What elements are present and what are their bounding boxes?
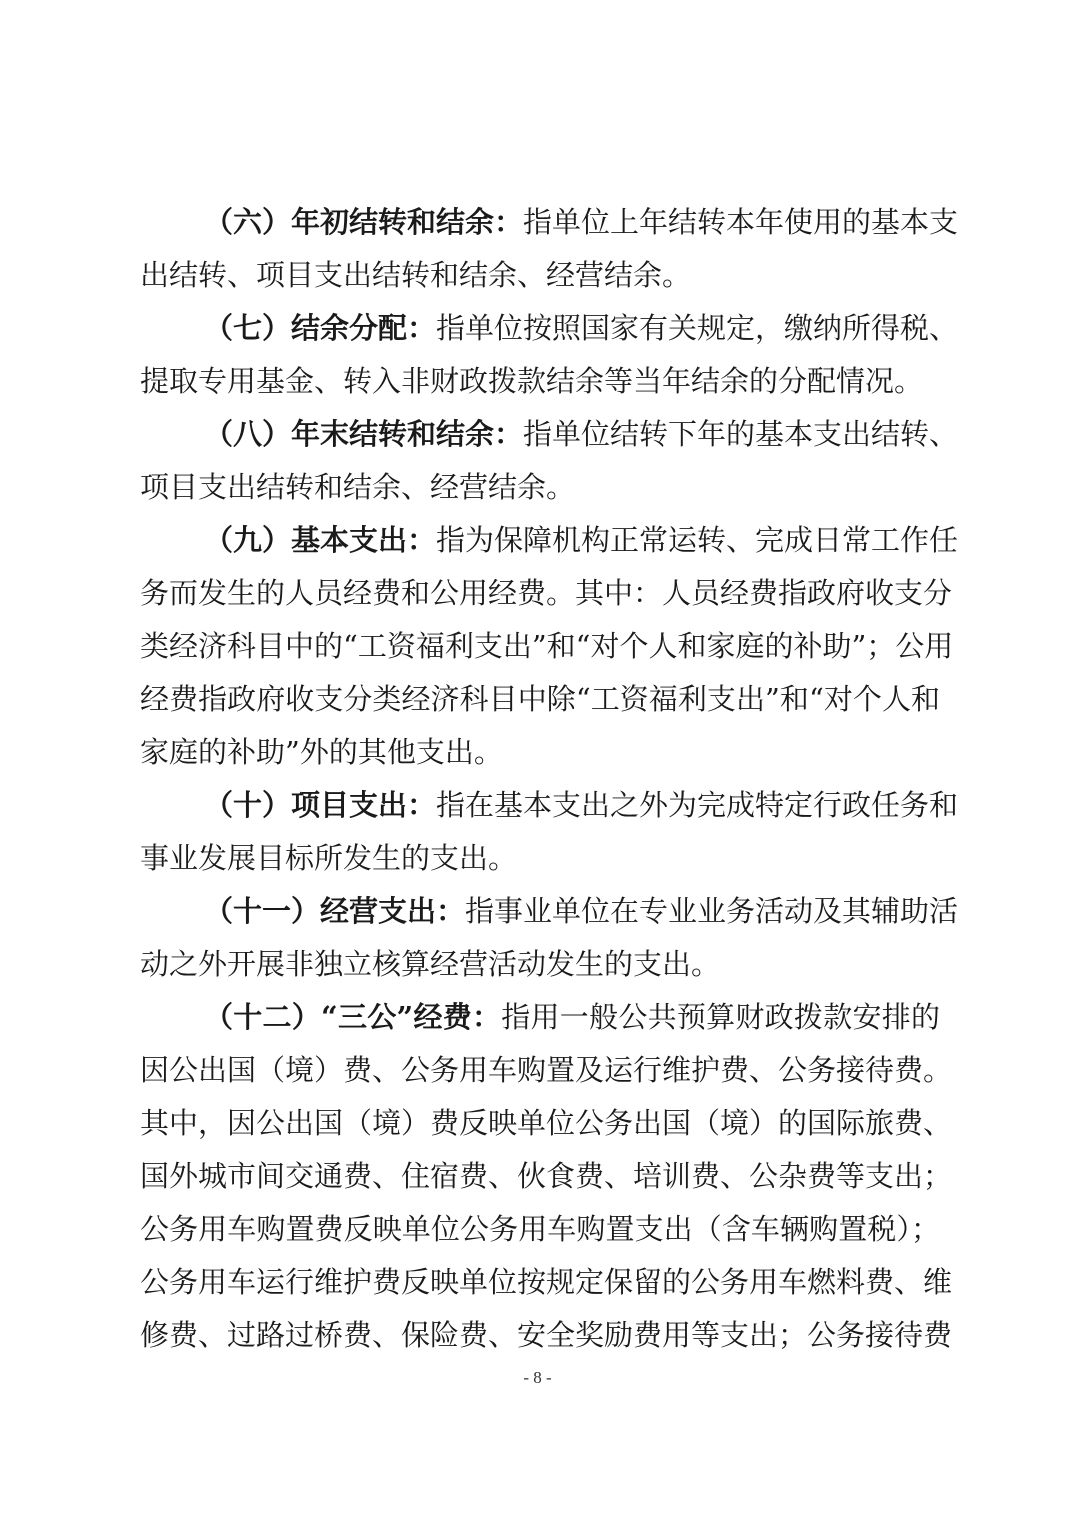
document-body: （六）年初结转和结余：指单位上年结转本年使用的基本支 出结转、项目支出结转和结余… xyxy=(140,196,940,1362)
term-10: （十）项目支出： xyxy=(204,788,436,822)
paragraph-8-line-2: 项目支出结转和结余、经营结余。 xyxy=(140,461,940,514)
paragraph-12-line-1: （十二）“三公”经费：指用一般公共预算财政拨款安排的 xyxy=(140,991,940,1044)
paragraph-9-line-5: 家庭的补助”外的其他支出。 xyxy=(140,726,940,779)
paragraph-7-line-1: （七）结余分配：指单位按照国家有关规定，缴纳所得税、 xyxy=(140,302,940,355)
paragraph-10-line-1: （十）项目支出：指在基本支出之外为完成特定行政任务和 xyxy=(140,779,940,832)
paragraph-12-line-4: 国外城市间交通费、住宿费、伙食费、培训费、公杂费等支出； xyxy=(140,1150,940,1203)
paragraph-11-line-1: （十一）经营支出：指事业单位在专业业务活动及其辅助活 xyxy=(140,885,940,938)
term-7: （七）结余分配： xyxy=(204,311,436,345)
paragraph-12-line-2: 因公出国（境）费、公务用车购置及运行维护费、公务接待费。 xyxy=(140,1044,940,1097)
paragraph-9-line-3: 类经济科目中的“工资福利支出”和“对个人和家庭的补助”；公用 xyxy=(140,620,940,673)
paragraph-12-line-6: 公务用车运行维护费反映单位按规定保留的公务用车燃料费、维 xyxy=(140,1256,940,1309)
term-6: （六）年初结转和结余： xyxy=(204,205,523,239)
term-11: （十一）经营支出： xyxy=(204,894,465,928)
paragraph-12-line-7: 修费、过路过桥费、保险费、安全奖励费用等支出；公务接待费 xyxy=(140,1309,940,1362)
paragraph-9-line-4: 经费指政府收支分类经济科目中除“工资福利支出”和“对个人和 xyxy=(140,673,940,726)
paragraph-12-line-3: 其中，因公出国（境）费反映单位公务出国（境）的国际旅费、 xyxy=(140,1097,940,1150)
paragraph-9-line-2: 务而发生的人员经费和公用经费。其中：人员经费指政府收支分 xyxy=(140,567,940,620)
paragraph-6-line-1: （六）年初结转和结余：指单位上年结转本年使用的基本支 xyxy=(140,196,940,249)
term-9: （九）基本支出： xyxy=(204,523,436,557)
term-12: （十二）“三公”经费： xyxy=(204,1000,501,1034)
paragraph-6-line-2: 出结转、项目支出结转和结余、经营结余。 xyxy=(140,249,940,302)
paragraph-7-line-2: 提取专用基金、转入非财政拨款结余等当年结余的分配情况。 xyxy=(140,355,940,408)
paragraph-9-line-1: （九）基本支出：指为保障机构正常运转、完成日常工作任 xyxy=(140,514,940,567)
paragraph-12-line-5: 公务用车购置费反映单位公务用车购置支出（含车辆购置税）； xyxy=(140,1203,940,1256)
paragraph-10-line-2: 事业发展目标所发生的支出。 xyxy=(140,832,940,885)
term-8: （八）年末结转和结余： xyxy=(204,417,523,451)
paragraph-11-line-2: 动之外开展非独立核算经营活动发生的支出。 xyxy=(140,938,940,991)
paragraph-8-line-1: （八）年末结转和结余：指单位结转下年的基本支出结转、 xyxy=(140,408,940,461)
page-number: - 8 - xyxy=(0,1368,1075,1388)
